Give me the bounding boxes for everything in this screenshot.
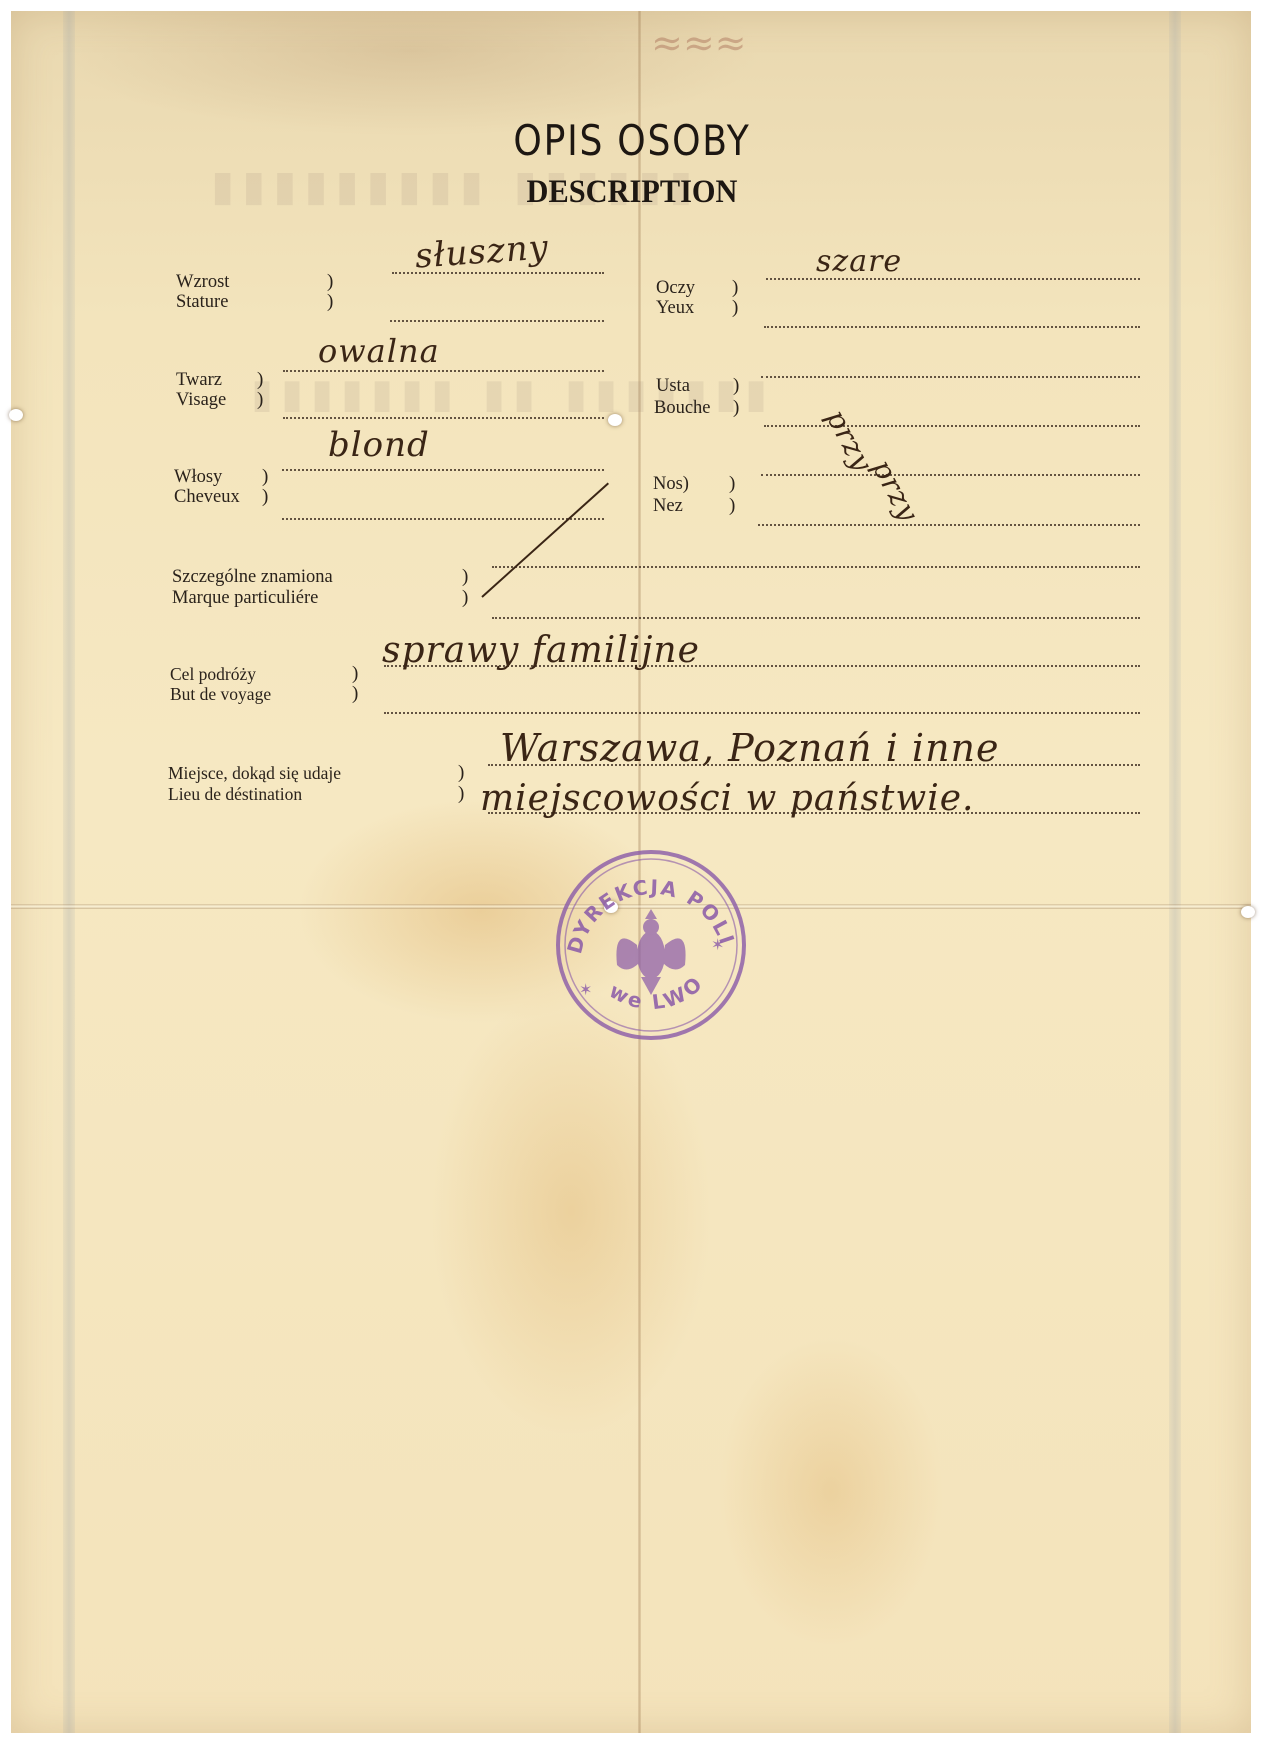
field-line xyxy=(761,474,1140,476)
value-destination-line1: Warszawa, Poznań i inne xyxy=(500,726,1000,770)
label-marks-fr: Marque particuliére xyxy=(172,588,318,608)
value-purpose: sprawy familijne xyxy=(382,630,700,671)
field-line xyxy=(758,524,1140,526)
label-hair-fr: Cheveux xyxy=(174,487,240,507)
paren: ) xyxy=(352,684,358,704)
field-line xyxy=(764,326,1140,328)
page-title: OPIS OSOBY xyxy=(88,116,1175,165)
label-stature-pl: Wzrost xyxy=(176,272,229,292)
paren: ) xyxy=(327,292,333,312)
paren: ) xyxy=(352,664,358,684)
label-face-pl: Twarz xyxy=(176,370,222,390)
paren: ) xyxy=(729,496,735,516)
value-face: owalna xyxy=(318,332,440,370)
paren: ) xyxy=(262,487,268,507)
label-eyes-fr: Yeux xyxy=(656,298,694,318)
field-line xyxy=(492,617,1140,619)
paren: ) xyxy=(462,588,468,608)
paren: ) xyxy=(262,467,268,487)
border-strip-right xyxy=(1169,11,1181,1733)
border-strip-left xyxy=(63,11,75,1733)
value-destination-line2: miejscowości w państwie. xyxy=(480,778,974,819)
paren: ) xyxy=(732,278,738,298)
label-mouth-fr: Bouche xyxy=(654,398,711,418)
field-line xyxy=(384,712,1140,714)
field-line xyxy=(390,320,604,322)
paren: ) xyxy=(732,298,738,318)
label-stature-fr: Stature xyxy=(176,292,228,312)
label-nose-fr: Nez xyxy=(653,496,683,516)
label-destination-pl: Miejsce, dokąd się udaje xyxy=(168,763,341,783)
label-hair-pl: Włosy xyxy=(174,467,222,487)
label-nose-pl: Nos) xyxy=(653,474,689,494)
field-line xyxy=(764,425,1140,427)
label-eyes-pl: Oczy xyxy=(656,278,695,298)
paren: ) xyxy=(729,474,735,494)
paren: ) xyxy=(458,763,464,783)
label-face-fr: Visage xyxy=(176,390,226,410)
serial-mark: ≈≈≈ xyxy=(651,23,747,67)
label-purpose-fr: But de voyage xyxy=(170,684,271,704)
label-mouth-pl: Usta xyxy=(656,376,690,396)
paren: ) xyxy=(462,567,468,587)
field-line xyxy=(282,469,604,471)
police-stamp: DYREKCJA POLICYI we LWOWIE ✶ ✶ xyxy=(551,845,751,1045)
paren: ) xyxy=(327,272,333,292)
field-line xyxy=(283,417,604,419)
value-eyes: szare xyxy=(816,244,902,279)
field-line xyxy=(761,376,1140,378)
paren: ) xyxy=(733,376,739,396)
field-line xyxy=(282,518,604,520)
tear-hole xyxy=(1241,906,1255,918)
star-icon: ✶ xyxy=(711,937,724,954)
paren: ) xyxy=(733,398,739,418)
label-destination-fr: Lieu de déstination xyxy=(168,784,302,804)
value-hair: blond xyxy=(328,425,430,465)
eagle-icon xyxy=(616,909,685,995)
page-subtitle: DESCRIPTION xyxy=(51,174,1214,211)
paren: ) xyxy=(257,370,263,390)
label-marks-pl: Szczególne znamiona xyxy=(172,567,333,587)
paren: ) xyxy=(257,390,263,410)
field-line xyxy=(283,370,604,372)
star-icon: ✶ xyxy=(579,982,592,999)
field-line xyxy=(492,566,1140,568)
paren: ) xyxy=(458,784,464,804)
tear-hole xyxy=(9,409,23,421)
label-purpose-pl: Cel podróży xyxy=(170,664,256,684)
